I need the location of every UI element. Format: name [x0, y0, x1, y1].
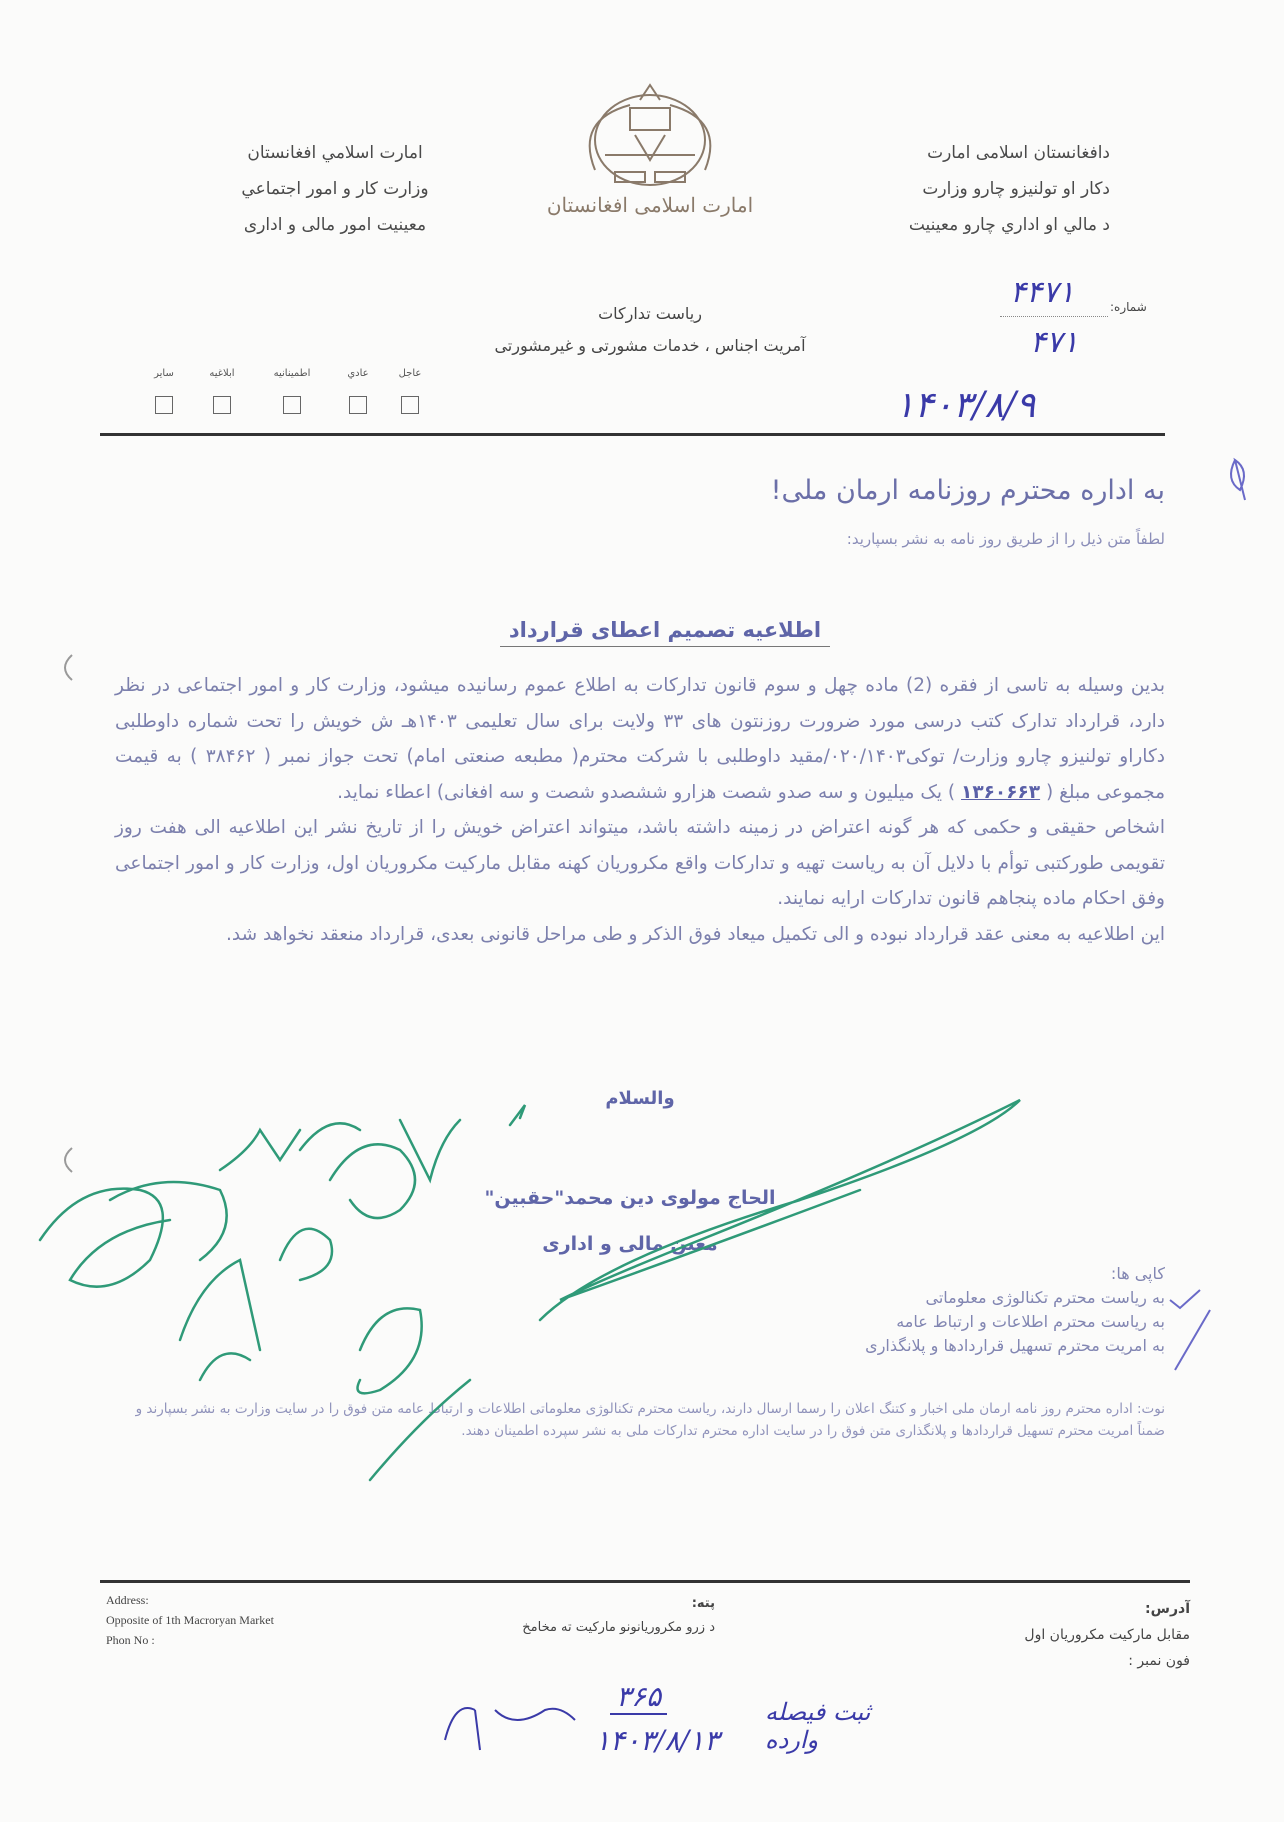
closing: والسلام	[560, 1088, 720, 1109]
scribble-icon	[435, 1680, 595, 1760]
note: نوت: اداره محترم روز نامه ارمان ملی اخبا…	[110, 1398, 1165, 1442]
address-label-en: Address:	[106, 1590, 274, 1610]
contract-amount: ۱۳۶۰۶۶۳	[961, 782, 1040, 803]
priority-notification-checkbox[interactable]	[213, 396, 231, 414]
header-pashto: دافغانستان اسلامی امارت دکار او تولنیزو …	[880, 135, 1110, 243]
priority-confirmation-checkbox[interactable]	[283, 396, 301, 414]
priority-normal-label: عادي	[338, 368, 378, 384]
priority-urgent[interactable]: عاجل	[390, 368, 430, 418]
registration-text: ثبت فیصله وارده	[765, 1698, 925, 1754]
header-dari: امارت اسلامي افغانستان وزارت کار و امور …	[230, 135, 440, 243]
document-page: دافغانستان اسلامی امارت دکار او تولنیزو …	[0, 0, 1284, 1822]
footer-address-english: Address: Opposite of 1th Macroryan Marke…	[106, 1590, 274, 1650]
copy-item: به ریاست محترم اطلاعات و ارتباط عامه	[820, 1310, 1165, 1334]
priority-notification[interactable]: ابلاغیه	[202, 368, 242, 418]
department-name: ریاست تدارکات	[480, 298, 820, 330]
emblem-logo: امارت اسلامی افغانستان	[535, 80, 765, 230]
footer-address-dari: آدرس: مقابل مارکیت مکروریان اول فون نمبر…	[980, 1596, 1190, 1674]
signer-name: الحاج مولوی دین محمد"حقبین"	[470, 1175, 790, 1221]
notice-body: بدین وسیله به تاسی از فقره (2) ماده چهل …	[115, 668, 1165, 952]
address-value-dr: مقابل مارکیت مکروریان اول	[980, 1622, 1190, 1648]
priority-urgent-checkbox[interactable]	[401, 396, 419, 414]
address-value-ps: د زرو مکروریانونو مارکیت ته مخامخ	[480, 1616, 715, 1640]
department-block: ریاست تدارکات آمریت اجناس ، خدمات مشورتی…	[480, 298, 820, 362]
number-label: شماره:	[1110, 300, 1147, 314]
handwritten-sub-number: ۴۷۱	[1030, 325, 1078, 360]
sub-department-name: آمریت اجناس ، خدمات مشورتی و غیرمشورتی	[480, 330, 820, 362]
header-dari-line-1: امارت اسلامي افغانستان	[230, 135, 440, 171]
registration-date: ۱۴۰۳/۸/۱۳	[595, 1724, 719, 1757]
header-pashto-line-3: د مالي او اداري چارو معينيت	[880, 207, 1110, 243]
blue-checkmarks-icon	[1170, 460, 1245, 1370]
greeting-instruction: لطفاً متن ذیل را از طریق روز نامه به نشر…	[720, 530, 1165, 548]
copy-item: به امریت محترم تسهیل قراردادها و پلانگذا…	[820, 1334, 1165, 1358]
address-label-ps: پته:	[480, 1592, 715, 1616]
priority-other[interactable]: سایر	[144, 368, 184, 418]
registration-number: ۳۶۵	[610, 1680, 667, 1715]
paragraph-1: بدین وسیله به تاسی از فقره (2) ماده چهل …	[115, 668, 1165, 810]
svg-text:امارت اسلامی افغانستان: امارت اسلامی افغانستان	[547, 193, 753, 217]
signer-block: الحاج مولوی دین محمد"حقبین" معین مالی و …	[470, 1175, 790, 1267]
priority-urgent-label: عاجل	[390, 368, 430, 384]
handwritten-number: ۴۴۷۱	[1010, 275, 1074, 310]
phone-label-dr: فون نمبر :	[980, 1648, 1190, 1674]
priority-other-label: سایر	[144, 368, 184, 384]
footer-divider	[100, 1580, 1190, 1583]
handwritten-registration: ثبت فیصله وارده ۳۶۵ ۱۴۰۳/۸/۱۳	[435, 1680, 925, 1775]
address-value-en: Opposite of 1th Macroryan Market	[106, 1610, 274, 1630]
notice-title: اطلاعیه تصمیم اعطای قرارداد	[500, 618, 830, 647]
copy-item: به ریاست محترم تکنالوژی معلوماتی	[820, 1286, 1165, 1310]
priority-normal-checkbox[interactable]	[349, 396, 367, 414]
priority-other-checkbox[interactable]	[155, 396, 173, 414]
header-dari-line-2: وزارت کار و امور اجتماعي	[230, 171, 440, 207]
priority-notification-label: ابلاغیه	[202, 368, 242, 384]
header-dari-line-3: معینیت امور مالی و اداری	[230, 207, 440, 243]
number-field-line	[1000, 316, 1108, 317]
signer-title: معین مالی و اداری	[470, 1221, 790, 1267]
header-pashto-line-1: دافغانستان اسلامی امارت	[880, 135, 1110, 171]
greeting: به اداره محترم روزنامه ارمان ملی!	[720, 475, 1165, 506]
emblem-icon: امارت اسلامی افغانستان	[535, 80, 765, 230]
priority-confirmation[interactable]: اطمینانیه	[272, 368, 312, 418]
priority-normal[interactable]: عادي	[338, 368, 378, 418]
address-label-dr: آدرس:	[980, 1596, 1190, 1622]
handwritten-date: ۱۴۰۳/۸/۹	[895, 385, 1035, 426]
paragraph-2: اشخاص حقیقی و حکمی که هر گونه اعتراض در …	[115, 810, 1165, 917]
margin-punch-marks-icon	[65, 655, 72, 1172]
amount-words: ) یک میلیون و سه صدو شصت هزارو ششصدو شصت…	[337, 782, 955, 803]
copies-list: کاپی ها: به ریاست محترم تکنالوژی معلومات…	[820, 1262, 1165, 1358]
copies-heading: کاپی ها:	[820, 1262, 1165, 1286]
phone-label-en: Phon No :	[106, 1630, 274, 1650]
header-divider	[100, 433, 1165, 436]
footer-address-pashto: پته: د زرو مکروریانونو مارکیت ته مخامخ	[480, 1592, 715, 1640]
header-pashto-line-2: دکار او تولنیزو چارو وزارت	[880, 171, 1110, 207]
paragraph-3: این اطلاعیه به معنی عقد قرارداد نبوده و …	[115, 917, 1165, 953]
priority-confirmation-label: اطمینانیه	[272, 368, 312, 384]
